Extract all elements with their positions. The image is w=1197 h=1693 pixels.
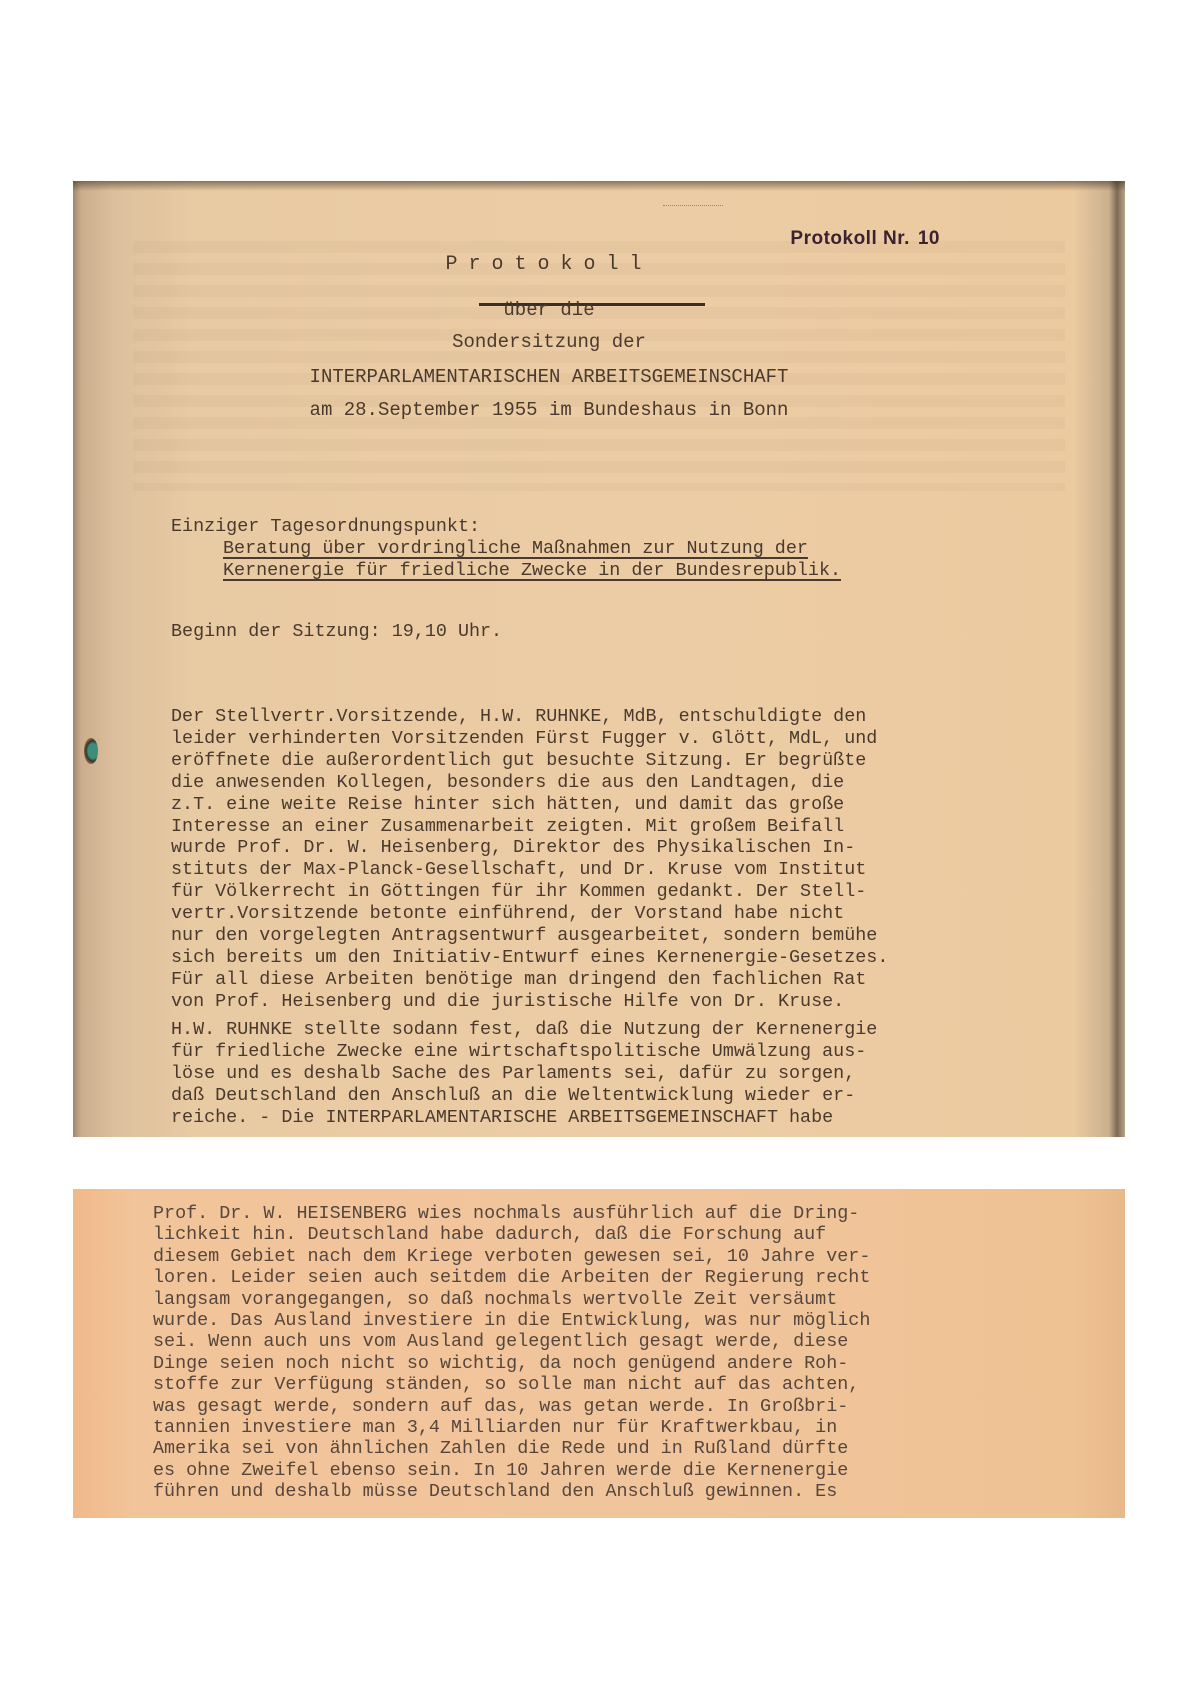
subtitle-line: INTERPARLAMENTARISCHEN ARBEITSGEMEINSCHA… bbox=[73, 366, 1075, 388]
paragraph-ruhnke: H.W. RUHNKE stellte sodann fest, daß die… bbox=[171, 1019, 877, 1129]
agenda-item-line: Beratung über vordringliche Maßnahmen zu… bbox=[223, 538, 808, 559]
agenda-label: Einziger Tagesordnungspunkt: bbox=[171, 516, 480, 537]
subtitle-line: am 28.September 1955 im Bundeshaus in Bo… bbox=[73, 399, 1075, 421]
stamp-number: 10 bbox=[918, 228, 940, 249]
punch-hole bbox=[84, 738, 98, 764]
protocol-number-stamp: Protokoll Nr.10 bbox=[790, 228, 940, 250]
paper-speckle bbox=[663, 205, 723, 209]
paragraph-heisenberg: Prof. Dr. W. HEISENBERG wies nochmals au… bbox=[153, 1203, 870, 1503]
agenda-item-line: Kernenergie für friedliche Zwecke in der… bbox=[223, 560, 841, 581]
document-title: Protokoll bbox=[73, 253, 1075, 276]
subtitle-line: Sondersitzung der bbox=[73, 331, 1075, 353]
agenda-item: Beratung über vordringliche Maßnahmen zu… bbox=[223, 538, 841, 582]
paragraph-opening: Der Stellvertr.Vorsitzende, H.W. RUHNKE,… bbox=[171, 706, 888, 1013]
subtitle-line: über die bbox=[73, 299, 1075, 321]
stamp-label: Protokoll Nr. bbox=[790, 228, 909, 249]
session-start-time: Beginn der Sitzung: 19,10 Uhr. bbox=[171, 621, 502, 642]
scanned-page-1: Protokoll Nr.10 Protokoll über die Sonde… bbox=[73, 181, 1125, 1137]
scanned-page-2: Prof. Dr. W. HEISENBERG wies nochmals au… bbox=[73, 1189, 1125, 1518]
